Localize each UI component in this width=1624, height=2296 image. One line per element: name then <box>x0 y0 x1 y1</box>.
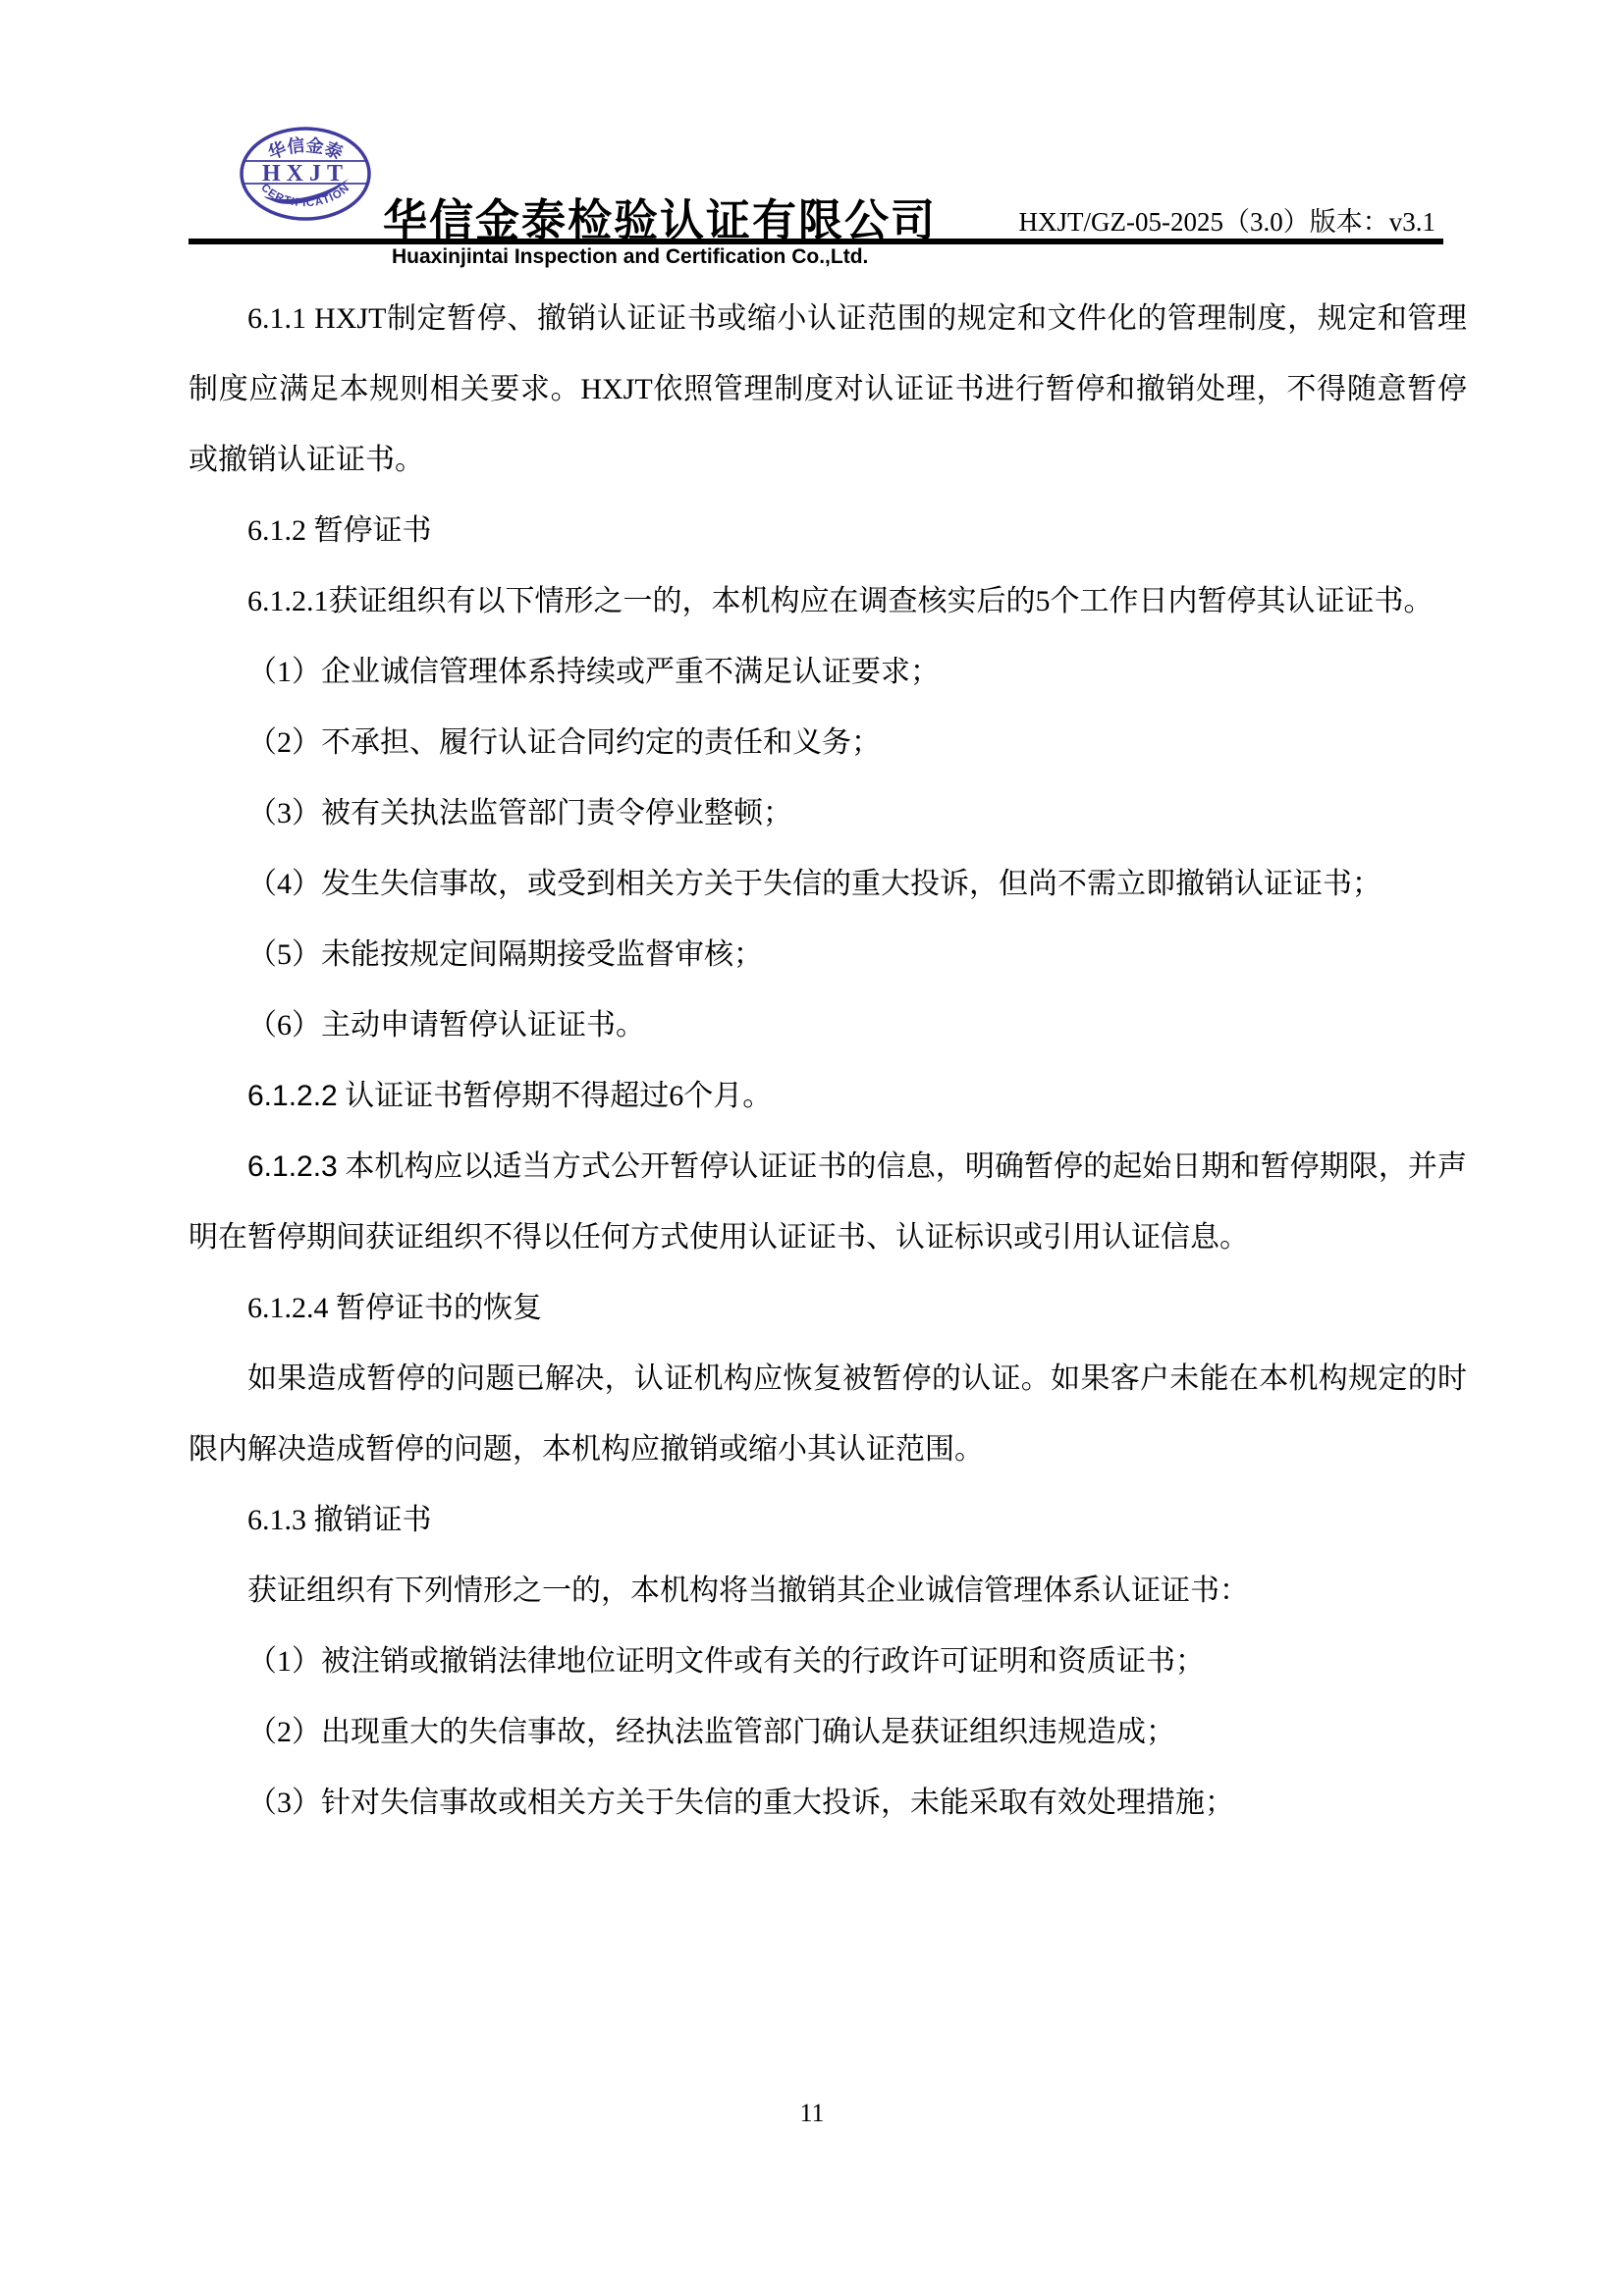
suspension-item-3: （3）被有关执法监管部门责令停业整顿； <box>189 778 1467 849</box>
withdrawal-item-2: （2）出现重大的失信事故，经执法监管部门确认是获证组织违规造成； <box>189 1697 1467 1768</box>
withdrawal-item-3: （3）针对失信事故或相关方关于失信的重大投诉，未能采取有效处理措施； <box>189 1768 1467 1839</box>
header-divider <box>189 239 1443 244</box>
clause-text: 本机构应以适当方式公开暂停认证证书的信息，明确暂停的起始日期和暂停期限，并声明在… <box>189 1150 1467 1254</box>
seal-acronym: HXJT <box>262 161 349 187</box>
heading-6-1-2: 6.1.2 暂停证书 <box>189 496 1467 566</box>
clause-text: 认证证书暂停期不得超过6个月。 <box>338 1080 773 1112</box>
company-seal-logo: 华信金泰 HXJT CERTIFICATION <box>239 126 372 222</box>
suspension-item-2: （2）不承担、履行认证合同约定的责任和义务； <box>189 708 1467 778</box>
document-page: 华信金泰 HXJT CERTIFICATION 华信金泰检验认证有限公司 HXJ… <box>0 0 1624 2296</box>
clause-number: 6.1.2.2 <box>247 1080 338 1112</box>
clause-6-1-1: 6.1.1 HXJT制定暂停、撤销认证证书或缩小认证范围的规定和文件化的管理制度… <box>189 284 1467 496</box>
suspension-item-5: （5）未能按规定间隔期接受监督审核； <box>189 920 1467 990</box>
heading-6-1-2-4: 6.1.2.4 暂停证书的恢复 <box>189 1273 1467 1344</box>
clause-number: 6.1.2.3 <box>247 1150 338 1183</box>
company-name-en: Huaxinjintai Inspection and Certificatio… <box>392 245 868 269</box>
clause-6-1-2-1: 6.1.2.1获证组织有以下情形之一的，本机构应在调查核实后的5个工作日内暂停其… <box>189 566 1467 637</box>
clause-withdrawal-intro: 获证组织有下列情形之一的，本机构将当撤销其企业诚信管理体系认证证书： <box>189 1556 1467 1627</box>
clause-6-1-2-3: 6.1.2.3 本机构应以适当方式公开暂停认证证书的信息，明确暂停的起始日期和暂… <box>189 1132 1467 1273</box>
heading-6-1-3: 6.1.3 撤销证书 <box>189 1485 1467 1556</box>
clause-6-1-2-2: 6.1.2.2 认证证书暂停期不得超过6个月。 <box>189 1061 1467 1132</box>
page-number: 11 <box>0 2099 1624 2128</box>
withdrawal-item-1: （1）被注销或撤销法律地位证明文件或有关的行政许可证明和资质证书； <box>189 1627 1467 1697</box>
suspension-item-1: （1）企业诚信管理体系持续或严重不满足认证要求； <box>189 637 1467 708</box>
seal-top-arc-text: 华信金泰 <box>265 134 346 163</box>
suspension-item-6: （6）主动申请暂停认证证书。 <box>189 990 1467 1061</box>
document-body: 6.1.1 HXJT制定暂停、撤销认证证书或缩小认证范围的规定和文件化的管理制度… <box>189 284 1467 1839</box>
document-number: HXJT/GZ-05-2025（3.0）版本：v3.1 <box>1019 200 1435 239</box>
suspension-item-4: （4）发生失信事故，或受到相关方关于失信的重大投诉，但尚不需立即撤销认证证书； <box>189 849 1467 920</box>
clause-restoration: 如果造成暂停的问题已解决，认证机构应恢复被暂停的认证。如果客户未能在本机构规定的… <box>189 1344 1467 1485</box>
